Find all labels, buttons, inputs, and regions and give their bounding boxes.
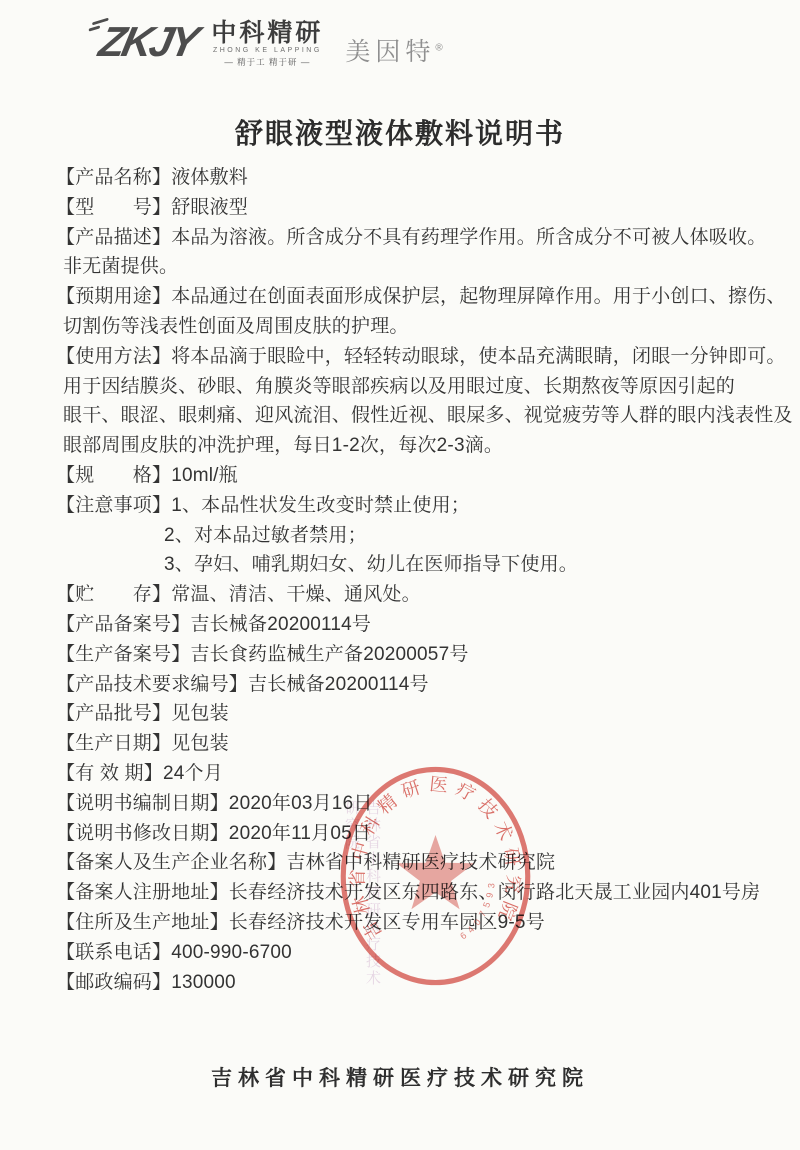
- instruction-line: 【产品批号】见包装: [56, 699, 786, 729]
- instruction-line: 切割伤等浅表性创面及周围皮肤的护理。: [56, 312, 786, 342]
- logo-latin-name: ZHONG KE LAPPING: [211, 47, 323, 54]
- instruction-line: 【型 号】舒眼液型: [56, 193, 786, 223]
- instruction-line: 眼干、眼涩、眼刺痛、迎风流泪、假性近视、眼屎多、视觉疲劳等人群的眼内浅表性及: [56, 401, 786, 431]
- instruction-line: 【使用方法】将本品滴于眼睑中，轻轻转动眼球，使本品充满眼睛，闭眼一分钟即可。: [56, 342, 786, 372]
- instruction-line: 【有 效 期】24个月: [56, 759, 786, 789]
- instruction-body: 【产品名称】液体敷料 【型 号】舒眼液型 【产品描述】本品为溶液。所含成分不具有…: [56, 163, 786, 997]
- instruction-line: 【生产备案号】吉长食药监械生产备20200057号: [56, 640, 786, 670]
- logo-name-block: 中科精研 ZHONG KE LAPPING — 精于工 精于研 —: [211, 20, 323, 68]
- instruction-line: 【备案人及生产企业名称】吉林省中科精研医疗技术研究院: [56, 848, 786, 878]
- logo-cn-name: 中科精研: [211, 20, 323, 46]
- instruction-line: 【联系电话】400-990-6700: [56, 938, 786, 968]
- instruction-line: 【住所及生产地址】长春经济技术开发区专用车园区9-5号: [56, 908, 786, 938]
- instruction-line: 用于因结膜炎、砂眼、角膜炎等眼部疾病以及用眼过度、长期熬夜等原因引起的: [56, 372, 786, 402]
- page-title: 舒眼液型液体敷料说明书: [0, 112, 800, 152]
- zkjy-logo-icon: ZKJY: [81, 18, 201, 66]
- instruction-line: 非无菌提供。: [56, 252, 786, 282]
- footer-company-name: 吉林省中科精研医疗技术研究院: [0, 1062, 800, 1092]
- instruction-line: 【产品描述】本品为溶液。所含成分不具有药理学作用。所含成分不可被人体吸收。: [56, 223, 786, 253]
- logo-tagline: — 精于工 精于研 —: [211, 56, 323, 68]
- instruction-line: 3、孕妇、哺乳期妇女、幼儿在医师指导下使用。: [56, 550, 786, 580]
- zkjy-logo-text: ZKJY: [95, 18, 200, 65]
- instruction-line: 【产品技术要求编号】吉长械备20200114号: [56, 670, 786, 700]
- instruction-line: 【产品备案号】吉长械备20200114号: [56, 610, 786, 640]
- instruction-line: 【贮 存】常温、清洁、干燥、通风处。: [56, 580, 786, 610]
- registered-trademark-icon: ®: [435, 43, 442, 54]
- instruction-leaflet-page: ZKJY 中科精研 ZHONG KE LAPPING — 精于工 精于研 — 美…: [0, 0, 800, 1150]
- brand-name: 美因特®: [345, 32, 442, 68]
- instruction-line: 【预期用途】本品通过在创面表面形成保护层，起物理屏障作用。用于小创口、擦伤、: [56, 282, 786, 312]
- company-logo: ZKJY 中科精研 ZHONG KE LAPPING — 精于工 精于研 — 美…: [86, 18, 443, 68]
- instruction-line: 【注意事项】1、本品性状发生改变时禁止使用；: [56, 491, 786, 521]
- instruction-line: 【说明书修改日期】2020年11月05日: [56, 819, 786, 849]
- instruction-line: 【备案人注册地址】长春经济技术开发区东四路东、闵行路北天晟工业园内401号房: [56, 878, 786, 908]
- instruction-line: 【规 格】10ml/瓶: [56, 461, 786, 491]
- instruction-line: 【说明书编制日期】2020年03月16日: [56, 789, 786, 819]
- instruction-line: 眼部周围皮肤的冲洗护理，每日1-2次，每次2-3滴。: [56, 431, 786, 461]
- instruction-line: 2、对本品过敏者禁用；: [56, 521, 786, 551]
- instruction-line: 【生产日期】见包装: [56, 729, 786, 759]
- instruction-line: 【产品名称】液体敷料: [56, 163, 786, 193]
- instruction-line: 【邮政编码】130000: [56, 968, 786, 998]
